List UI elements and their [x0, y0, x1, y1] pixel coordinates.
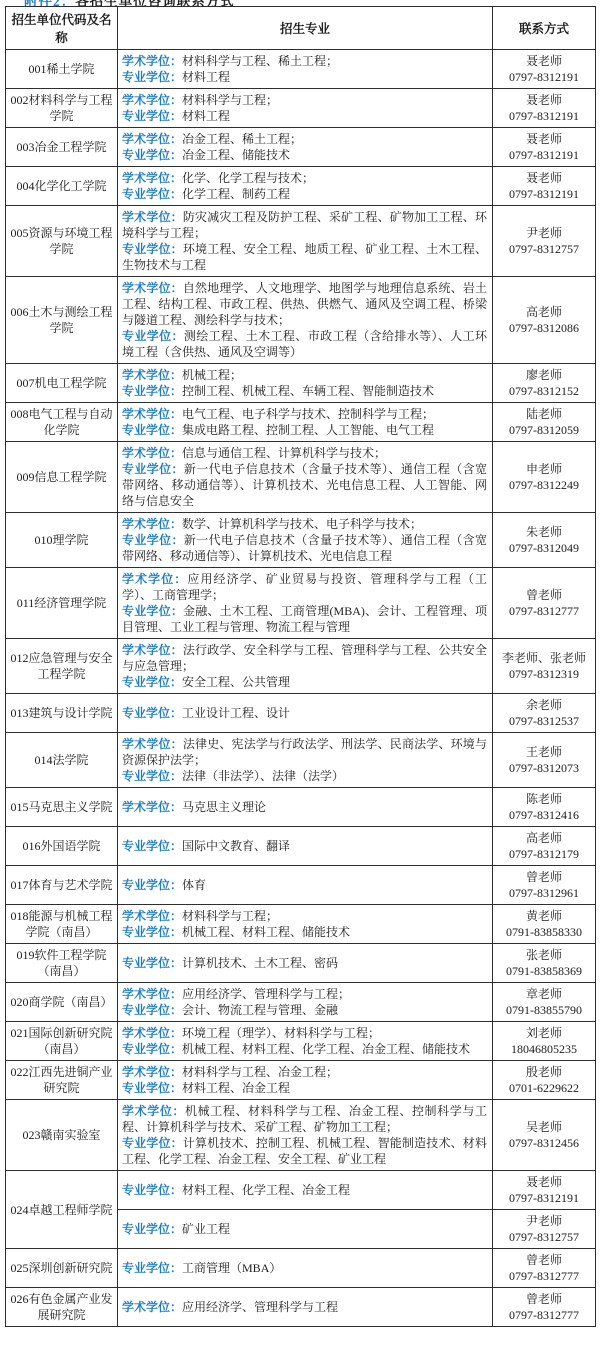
major-line: 学术学位：机械工程； — [122, 367, 487, 383]
majors-cell: 学术学位：化学、化学工程与技术；专业学位：化学工程、制药工程 — [118, 167, 493, 206]
degree-label: 专业学位： — [122, 675, 182, 689]
major-text: 冶金工程、稀土工程； — [182, 132, 302, 146]
degree-label: 学术学位： — [122, 407, 182, 421]
degree-label: 专业学位： — [122, 839, 182, 853]
contact-teacher: 聂老师 — [494, 92, 594, 108]
major-line: 学术学位：机械工程、材料科学与工程、冶金工程、控制科学与工程、计算机科学与技术、… — [122, 1103, 487, 1135]
contact-cell: 章老师0791-83855790 — [493, 983, 596, 1022]
major-line: 专业学位：法律（非法学）、法律（法学） — [122, 768, 487, 784]
degree-label: 学术学位： — [122, 446, 182, 460]
majors-cell: 学术学位：法律史、宪法学与行政法学、刑法学、民商法学、环境与资源保护法学；专业学… — [118, 733, 493, 788]
degree-label: 专业学位： — [122, 384, 182, 398]
unit-cell: 018能源与机械工程学院（南昌） — [6, 905, 118, 944]
majors-cell: 学术学位：应用经济学、管理科学与工程 — [118, 1288, 493, 1327]
major-line: 专业学位：机械工程、材料工程、储能技术 — [122, 924, 487, 940]
contact-teacher: 王老师 — [494, 744, 594, 760]
title-rest: 各招生单位咨询联系方式 — [75, 0, 235, 6]
majors-cell: 学术学位：数学、计算机科学与技术、电子科学与技术；专业学位：新一代电子信息技术（… — [118, 513, 493, 568]
contact-cell: 陆老师0797-8312059 — [493, 403, 596, 442]
unit-cell: 013建筑与设计学院 — [6, 694, 118, 733]
contact-cell: 曾老师0797-8312777 — [493, 1249, 596, 1288]
unit-cell: 020商学院（南昌） — [6, 983, 118, 1022]
degree-label: 专业学位： — [122, 462, 184, 476]
contact-teacher: 余老师 — [494, 697, 594, 713]
table-row: 026有色金属产业发展研究院学术学位：应用经济学、管理科学与工程曾老师0797-… — [6, 1288, 596, 1327]
table-row: 024卓越工程师学院专业学位：材料工程、化学工程、冶金工程聂老师0797-831… — [6, 1171, 596, 1210]
contact-cell: 申老师0797-8312249 — [493, 442, 596, 513]
major-line: 专业学位：会计、物流工程与管理、金融 — [122, 1002, 487, 1018]
contact-cell: 聂老师0797-8312191 — [493, 167, 596, 206]
majors-cell: 专业学位：国际中文教育、翻译 — [118, 827, 493, 866]
contact-phone: 0797-8312191 — [494, 186, 594, 202]
major-text: 材料工程、冶金工程 — [182, 1081, 290, 1095]
majors-cell: 专业学位：工商管理（MBA） — [118, 1249, 493, 1288]
contact-phone: 18046805235 — [494, 1041, 594, 1057]
table-row: 020商学院（南昌）学术学位：应用经济学、管理科学与工程；专业学位：会计、物流工… — [6, 983, 596, 1022]
contact-phone: 0797-8312191 — [494, 1190, 594, 1206]
contact-phone: 0797-8312777 — [494, 603, 594, 619]
unit-cell: 019软件工程学院（南昌） — [6, 944, 118, 983]
major-line: 学术学位：自然地理学、人文地理学、地图学与地理信息系统、岩土工程、结构工程、市政… — [122, 280, 487, 328]
major-line: 学术学位：防灾减灾工程及防护工程、采矿工程、矿物加工工程、环境科学与工程； — [122, 209, 487, 241]
contact-teacher: 尹老师 — [494, 225, 594, 241]
table-row: 018能源与机械工程学院（南昌）学术学位：材料科学与工程；专业学位：机械工程、材… — [6, 905, 596, 944]
degree-label: 专业学位： — [122, 148, 182, 162]
major-line: 专业学位：材料工程 — [122, 108, 487, 124]
major-line: 专业学位：国际中文教育、翻译 — [122, 838, 487, 854]
contact-teacher: 殷老师 — [494, 1064, 594, 1080]
degree-label: 学术学位： — [122, 1026, 182, 1040]
major-line: 学术学位：法律史、宪法学与行政法学、刑法学、民商法学、环境与资源保护法学； — [122, 736, 487, 768]
contact-cell: 张老师0791-83858369 — [493, 944, 596, 983]
degree-label: 专业学位： — [122, 70, 182, 84]
table-row: 014法学院学术学位：法律史、宪法学与行政法学、刑法学、民商法学、环境与资源保护… — [6, 733, 596, 788]
degree-label: 学术学位： — [122, 171, 182, 185]
major-line: 学术学位：应用经济学、管理科学与工程； — [122, 986, 487, 1002]
major-line: 学术学位：信息与通信工程、计算机科学与技术； — [122, 445, 487, 461]
contact-phone: 0797-8312059 — [494, 422, 594, 438]
table-row: 025深圳创新研究院专业学位：工商管理（MBA）曾老师0797-8312777 — [6, 1249, 596, 1288]
majors-cell: 学术学位：环境工程（理学）、材料科学与工程；专业学位：机械工程、材料工程、化学工… — [118, 1022, 493, 1061]
unit-cell: 024卓越工程师学院 — [6, 1171, 118, 1249]
contact-cell: 殷老师0701-6229622 — [493, 1061, 596, 1100]
col-header-contact: 联系方式 — [493, 7, 596, 50]
major-text: 法律（非法学）、法律（法学） — [182, 769, 344, 783]
table-row: 021国际创新研究院（南昌）学术学位：环境工程（理学）、材料科学与工程；专业学位… — [6, 1022, 596, 1061]
unit-cell: 010理学院 — [6, 513, 118, 568]
contact-phone: 0701-6229622 — [494, 1080, 594, 1096]
contact-phone: 0797-8312319 — [494, 666, 594, 682]
contact-phone: 0797-8312416 — [494, 807, 594, 823]
contact-phone: 0797-8312086 — [494, 320, 594, 336]
majors-cell: 学术学位：材料科学与工程、稀土工程；专业学位：材料工程 — [118, 50, 493, 89]
majors-cell: 专业学位：体育 — [118, 866, 493, 905]
table-row: 007机电工程学院学术学位：机械工程；专业学位：控制工程、机械工程、车辆工程、智… — [6, 364, 596, 403]
table-row: 009信息工程学院学术学位：信息与通信工程、计算机科学与技术；专业学位：新一代电… — [6, 442, 596, 513]
contact-teacher: 刘老师 — [494, 1025, 594, 1041]
major-line: 学术学位：电气工程、电子科学与技术、控制科学与工程； — [122, 406, 487, 422]
table-row: 013建筑与设计学院专业学位：工业设计工程、设计余老师0797-8312537 — [6, 694, 596, 733]
major-text: 矿业工程 — [182, 1222, 230, 1236]
admissions-table: 招生单位代码及名称 招生专业 联系方式 001稀土学院学术学位：材料科学与工程、… — [5, 6, 596, 1327]
table-row: 011经济管理学院学术学位：应用经济学、矿业贸易与投资、管理科学与工程（工学）、… — [6, 568, 596, 639]
table-row: 003冶金工程学院学术学位：冶金工程、稀土工程；专业学位：冶金工程、储能技术聂老… — [6, 128, 596, 167]
degree-label: 学术学位： — [122, 572, 187, 586]
majors-cell: 专业学位：工业设计工程、设计 — [118, 694, 493, 733]
degree-label: 学术学位： — [122, 643, 183, 657]
contact-phone: 0797-8312537 — [494, 713, 594, 729]
contact-cell: 曾老师0797-8312777 — [493, 568, 596, 639]
table-row: 005资源与环境工程学院学术学位：防灾减灾工程及防护工程、采矿工程、矿物加工工程… — [6, 206, 596, 277]
major-text: 计算机技术、土木工程、密码 — [182, 956, 338, 970]
unit-cell: 012应急管理与安全工程学院 — [6, 639, 118, 694]
major-text: 机械工程、材料工程、储能技术 — [182, 925, 350, 939]
unit-cell: 021国际创新研究院（南昌） — [6, 1022, 118, 1061]
majors-cell: 学术学位：机械工程、材料科学与工程、冶金工程、控制科学与工程、计算机科学与技术、… — [118, 1100, 493, 1171]
contact-teacher: 高老师 — [494, 304, 594, 320]
major-line: 学术学位：材料科学与工程、稀土工程； — [122, 53, 487, 69]
contact-teacher: 吴老师 — [494, 1119, 594, 1135]
major-line: 专业学位：机械工程、材料工程、化学工程、冶金工程、储能技术 — [122, 1041, 487, 1057]
contact-teacher: 曾老师 — [494, 1252, 594, 1268]
contact-teacher: 聂老师 — [494, 131, 594, 147]
contact-teacher: 聂老师 — [494, 53, 594, 69]
majors-cell: 学术学位：防灾减灾工程及防护工程、采矿工程、矿物加工工程、环境科学与工程；专业学… — [118, 206, 493, 277]
degree-label: 专业学位： — [122, 1183, 182, 1197]
contact-cell: 朱老师0797-8312049 — [493, 513, 596, 568]
contact-teacher: 曾老师 — [494, 1291, 594, 1307]
majors-cell: 学术学位：信息与通信工程、计算机科学与技术；专业学位：新一代电子信息技术（含量子… — [118, 442, 493, 513]
major-line: 专业学位：控制工程、机械工程、车辆工程、智能制造技术 — [122, 383, 487, 399]
table-row: 015马克思主义学院学术学位：马克思主义理论陈老师0797-8312416 — [6, 788, 596, 827]
major-line: 专业学位：新一代电子信息技术（含量子技术等）、通信工程（含宽带网络、移动通信等）… — [122, 461, 487, 509]
degree-label: 学术学位： — [122, 1300, 182, 1314]
major-line: 学术学位：材料科学与工程； — [122, 92, 487, 108]
degree-label: 学术学位： — [122, 368, 182, 382]
col-header-majors: 招生专业 — [118, 7, 493, 50]
majors-cell: 学术学位：材料科学与工程、冶金工程；专业学位：材料工程、冶金工程 — [118, 1061, 493, 1100]
major-line: 学术学位：数学、计算机科学与技术、电子科学与技术； — [122, 516, 487, 532]
major-text: 数学、计算机科学与技术、电子科学与技术； — [182, 517, 422, 531]
contact-cell: 尹老师0797-8312757 — [493, 1210, 596, 1249]
contact-cell: 曾老师0797-8312961 — [493, 866, 596, 905]
major-line: 专业学位：工商管理（MBA） — [122, 1260, 487, 1276]
major-text: 材料科学与工程、冶金工程； — [182, 1065, 338, 1079]
contact-teacher: 廖老师 — [494, 367, 594, 383]
contact-cell: 吴老师0797-8312456 — [493, 1100, 596, 1171]
degree-label: 学术学位： — [122, 517, 182, 531]
major-line: 专业学位：新一代电子信息技术（含量子技术等）、通信工程（含宽带网络、移动通信等）… — [122, 532, 487, 564]
major-text: 材料科学与工程； — [182, 93, 278, 107]
major-line: 专业学位：工业设计工程、设计 — [122, 705, 487, 721]
majors-cell: 学术学位：材料科学与工程；专业学位：机械工程、材料工程、储能技术 — [118, 905, 493, 944]
contact-teacher: 尹老师 — [494, 1213, 594, 1229]
contact-phone: 0797-8312777 — [494, 1268, 594, 1284]
contact-phone: 0797-8312049 — [494, 540, 594, 556]
contact-phone: 0797-8312249 — [494, 477, 594, 493]
major-line: 专业学位：材料工程、化学工程、冶金工程 — [122, 1182, 487, 1198]
major-text: 冶金工程、储能技术 — [182, 148, 290, 162]
major-line: 专业学位：材料工程、冶金工程 — [122, 1080, 487, 1096]
degree-label: 专业学位： — [122, 925, 182, 939]
majors-cell: 学术学位：机械工程；专业学位：控制工程、机械工程、车辆工程、智能制造技术 — [118, 364, 493, 403]
table-row: 004化学化工学院学术学位：化学、化学工程与技术；专业学位：化学工程、制药工程聂… — [6, 167, 596, 206]
major-line: 学术学位：应用经济学、管理科学与工程 — [122, 1299, 487, 1315]
major-line: 专业学位：冶金工程、储能技术 — [122, 147, 487, 163]
unit-cell: 005资源与环境工程学院 — [6, 206, 118, 277]
contact-cell: 高老师0797-8312179 — [493, 827, 596, 866]
majors-cell: 专业学位：计算机技术、土木工程、密码 — [118, 944, 493, 983]
degree-label: 学术学位： — [122, 800, 182, 814]
majors-cell: 学术学位：材料科学与工程；专业学位：材料工程 — [118, 89, 493, 128]
degree-label: 学术学位： — [122, 132, 182, 146]
contact-teacher: 章老师 — [494, 986, 594, 1002]
degree-label: 学术学位： — [122, 909, 182, 923]
contact-phone: 0797-8312152 — [494, 383, 594, 399]
major-text: 信息与通信工程、计算机科学与技术； — [182, 446, 386, 460]
major-text: 工业设计工程、设计 — [182, 706, 290, 720]
contact-phone: 0797-8312456 — [494, 1135, 594, 1151]
table-row: 022江西先进铜产业研究院学术学位：材料科学与工程、冶金工程；专业学位：材料工程… — [6, 1061, 596, 1100]
major-text: 应用经济学、管理科学与工程； — [182, 987, 350, 1001]
major-line: 学术学位：法行政学、安全科学与工程、管理科学与工程、公共安全与应急管理； — [122, 642, 487, 674]
contact-teacher: 聂老师 — [494, 170, 594, 186]
unit-cell: 001稀土学院 — [6, 50, 118, 89]
major-line: 学术学位：冶金工程、稀土工程； — [122, 131, 487, 147]
unit-cell: 008电气工程与自动化学院 — [6, 403, 118, 442]
major-line: 学术学位：应用经济学、矿业贸易与投资、管理科学与工程（工学）、工商管理学； — [122, 571, 487, 603]
unit-cell: 002材料科学与工程学院 — [6, 89, 118, 128]
degree-label: 专业学位： — [122, 769, 182, 783]
header-row: 招生单位代码及名称 招生专业 联系方式 — [6, 7, 596, 50]
majors-cell: 专业学位：材料工程、化学工程、冶金工程 — [118, 1171, 493, 1210]
table-header: 招生单位代码及名称 招生专业 联系方式 — [6, 7, 596, 50]
degree-label: 学术学位： — [122, 1104, 185, 1118]
major-text: 材料工程 — [182, 109, 230, 123]
contact-cell: 李老师、张老师0797-8312319 — [493, 639, 596, 694]
degree-label: 专业学位： — [122, 329, 184, 343]
degree-label: 专业学位： — [122, 1003, 182, 1017]
major-line: 专业学位：环境工程、安全工程、地质工程、矿业工程、土木工程、生物技术与工程 — [122, 241, 487, 273]
major-text: 材料科学与工程； — [182, 909, 278, 923]
major-text: 安全工程、公共管理 — [182, 675, 290, 689]
contact-phone: 0797-8312191 — [494, 69, 594, 85]
contact-teacher: 陆老师 — [494, 406, 594, 422]
table-row: 010理学院学术学位：数学、计算机科学与技术、电子科学与技术；专业学位：新一代电… — [6, 513, 596, 568]
major-line: 学术学位：马克思主义理论 — [122, 799, 487, 815]
major-text: 体育 — [182, 878, 206, 892]
degree-label: 专业学位： — [122, 878, 182, 892]
majors-cell: 专业学位：矿业工程 — [118, 1210, 493, 1249]
degree-label: 学术学位： — [122, 737, 183, 751]
contact-teacher: 张老师 — [494, 947, 594, 963]
contact-phone: 0791-83855790 — [494, 1002, 594, 1018]
unit-cell: 006土木与测绘工程学院 — [6, 277, 118, 364]
table-row: 016外国语学院专业学位：国际中文教育、翻译高老师0797-8312179 — [6, 827, 596, 866]
major-text: 控制工程、机械工程、车辆工程、智能制造技术 — [182, 384, 434, 398]
major-text: 集成电路工程、控制工程、人工智能、电气工程 — [182, 423, 434, 437]
contact-phone: 0797-8312073 — [494, 760, 594, 776]
degree-label: 专业学位： — [122, 1136, 183, 1150]
majors-cell: 学术学位：法行政学、安全科学与工程、管理科学与工程、公共安全与应急管理；专业学位… — [118, 639, 493, 694]
contact-teacher: 曾老师 — [494, 869, 594, 885]
degree-label: 专业学位： — [122, 1042, 182, 1056]
degree-label: 专业学位： — [122, 1261, 182, 1275]
major-line: 专业学位：矿业工程 — [122, 1221, 487, 1237]
table-row: 012应急管理与安全工程学院学术学位：法行政学、安全科学与工程、管理科学与工程、… — [6, 639, 596, 694]
contact-phone: 0797-8312757 — [494, 1229, 594, 1245]
degree-label: 专业学位： — [122, 956, 182, 970]
major-text: 材料工程 — [182, 70, 230, 84]
table-row: 017体育与艺术学院专业学位：体育曾老师0797-8312961 — [6, 866, 596, 905]
unit-cell: 025深圳创新研究院 — [6, 1249, 118, 1288]
contact-teacher: 朱老师 — [494, 524, 594, 540]
contact-cell: 聂老师0797-8312191 — [493, 50, 596, 89]
degree-label: 专业学位： — [122, 1081, 182, 1095]
unit-cell: 003冶金工程学院 — [6, 128, 118, 167]
table-row: 023赣南实验室学术学位：机械工程、材料科学与工程、冶金工程、控制科学与工程、计… — [6, 1100, 596, 1171]
major-text: 国际中文教育、翻译 — [182, 839, 290, 853]
table-row: 019软件工程学院（南昌）专业学位：计算机技术、土木工程、密码张老师0791-8… — [6, 944, 596, 983]
unit-cell: 009信息工程学院 — [6, 442, 118, 513]
major-line: 专业学位：集成电路工程、控制工程、人工智能、电气工程 — [122, 422, 487, 438]
major-line: 学术学位：材料科学与工程； — [122, 908, 487, 924]
degree-label: 学术学位： — [122, 1065, 182, 1079]
majors-cell: 学术学位：应用经济学、管理科学与工程；专业学位：会计、物流工程与管理、金融 — [118, 983, 493, 1022]
major-text: 机械工程、材料工程、化学工程、冶金工程、储能技术 — [182, 1042, 470, 1056]
major-line: 学术学位：化学、化学工程与技术； — [122, 170, 487, 186]
contact-cell: 聂老师0797-8312191 — [493, 89, 596, 128]
contact-teacher: 聂老师 — [494, 1174, 594, 1190]
table-row: 008电气工程与自动化学院学术学位：电气工程、电子科学与技术、控制科学与工程；专… — [6, 403, 596, 442]
contact-cell: 聂老师0797-8312191 — [493, 128, 596, 167]
major-text: 会计、物流工程与管理、金融 — [182, 1003, 338, 1017]
major-line: 专业学位：材料工程 — [122, 69, 487, 85]
contact-cell: 曾老师0797-8312777 — [493, 1288, 596, 1327]
majors-cell: 学术学位：冶金工程、稀土工程；专业学位：冶金工程、储能技术 — [118, 128, 493, 167]
table-row: 001稀土学院学术学位：材料科学与工程、稀土工程；专业学位：材料工程聂老师079… — [6, 50, 596, 89]
majors-cell: 学术学位：马克思主义理论 — [118, 788, 493, 827]
degree-label: 专业学位： — [122, 604, 183, 618]
degree-label: 学术学位： — [122, 281, 183, 295]
major-text: 材料工程、化学工程、冶金工程 — [182, 1183, 350, 1197]
major-text: 电气工程、电子科学与技术、控制科学与工程； — [182, 407, 434, 421]
contact-teacher: 申老师 — [494, 461, 594, 477]
degree-label: 专业学位： — [122, 423, 182, 437]
contact-cell: 陈老师0797-8312416 — [493, 788, 596, 827]
contact-phone: 0797-8312757 — [494, 241, 594, 257]
degree-label: 专业学位： — [122, 1222, 182, 1236]
contact-teacher: 曾老师 — [494, 587, 594, 603]
major-line: 学术学位：环境工程（理学）、材料科学与工程； — [122, 1025, 487, 1041]
degree-label: 学术学位： — [122, 54, 182, 68]
contact-phone: 0797-8312191 — [494, 108, 594, 124]
major-line: 专业学位：安全工程、公共管理 — [122, 674, 487, 690]
table-row: 006土木与测绘工程学院学术学位：自然地理学、人文地理学、地图学与地理信息系统、… — [6, 277, 596, 364]
degree-label: 专业学位： — [122, 109, 182, 123]
major-text: 环境工程（理学）、材料科学与工程； — [182, 1026, 380, 1040]
page-title-text: 附件2：各招生单位咨询联系方式 — [24, 0, 235, 6]
contact-cell: 王老师0797-8312073 — [493, 733, 596, 788]
unit-cell: 007机电工程学院 — [6, 364, 118, 403]
major-line: 专业学位：化学工程、制药工程 — [122, 186, 487, 202]
major-line: 学术学位：材料科学与工程、冶金工程； — [122, 1064, 487, 1080]
degree-label: 专业学位： — [122, 706, 182, 720]
unit-cell: 026有色金属产业发展研究院 — [6, 1288, 118, 1327]
contact-phone: 0797-8312961 — [494, 885, 594, 901]
major-line: 专业学位：金融、土木工程、工商管理(MBA)、会计、工程管理、项目管理、工业工程… — [122, 603, 487, 635]
title-attachment-label: 附件2： — [24, 0, 75, 6]
majors-cell: 学术学位：自然地理学、人文地理学、地图学与地理信息系统、岩土工程、结构工程、市政… — [118, 277, 493, 364]
unit-cell: 023赣南实验室 — [6, 1100, 118, 1171]
major-text: 化学工程、制药工程 — [182, 187, 290, 201]
contact-phone: 0797-8312777 — [494, 1307, 594, 1323]
contact-cell: 余老师0797-8312537 — [493, 694, 596, 733]
contact-teacher: 黄老师 — [494, 908, 594, 924]
contact-cell: 黄老师0791-83858330 — [493, 905, 596, 944]
contact-cell: 聂老师0797-8312191 — [493, 1171, 596, 1210]
unit-cell: 017体育与艺术学院 — [6, 866, 118, 905]
unit-cell: 016外国语学院 — [6, 827, 118, 866]
table-body: 001稀土学院学术学位：材料科学与工程、稀土工程；专业学位：材料工程聂老师079… — [6, 50, 596, 1327]
unit-cell: 014法学院 — [6, 733, 118, 788]
major-text: 化学、化学工程与技术； — [182, 171, 314, 185]
major-text: 材料科学与工程、稀土工程； — [182, 54, 338, 68]
degree-label: 专业学位： — [122, 187, 182, 201]
unit-cell: 015马克思主义学院 — [6, 788, 118, 827]
contact-cell: 刘老师18046805235 — [493, 1022, 596, 1061]
contact-teacher: 李老师、张老师 — [494, 650, 594, 666]
contact-cell: 高老师0797-8312086 — [493, 277, 596, 364]
degree-label: 学术学位： — [122, 93, 182, 107]
majors-cell: 学术学位：应用经济学、矿业贸易与投资、管理科学与工程（工学）、工商管理学；专业学… — [118, 568, 493, 639]
contact-teacher: 陈老师 — [494, 791, 594, 807]
major-text: 应用经济学、管理科学与工程 — [182, 1300, 338, 1314]
major-line: 专业学位：计算机技术、控制工程、机械工程、智能制造技术、材料工程、化学工程、冶金… — [122, 1135, 487, 1167]
contact-cell: 廖老师0797-8312152 — [493, 364, 596, 403]
contact-teacher: 高老师 — [494, 830, 594, 846]
degree-label: 专业学位： — [122, 533, 184, 547]
unit-cell: 004化学化工学院 — [6, 167, 118, 206]
degree-label: 专业学位： — [122, 242, 183, 256]
degree-label: 学术学位： — [122, 987, 182, 1001]
major-line: 专业学位：体育 — [122, 877, 487, 893]
contact-phone: 0797-8312191 — [494, 147, 594, 163]
contact-phone: 0791-83858330 — [494, 924, 594, 940]
unit-cell: 011经济管理学院 — [6, 568, 118, 639]
col-header-unit: 招生单位代码及名称 — [6, 7, 118, 50]
table-row: 002材料科学与工程学院学术学位：材料科学与工程；专业学位：材料工程聂老师079… — [6, 89, 596, 128]
contact-phone: 0791-83858369 — [494, 963, 594, 979]
major-text: 工商管理（MBA） — [182, 1261, 281, 1275]
contact-cell: 尹老师0797-8312757 — [493, 206, 596, 277]
major-text: 马克思主义理论 — [182, 800, 266, 814]
major-line: 专业学位：测绘工程、土木工程、市政工程（含给排水等）、人工环境工程（含供热、通风… — [122, 328, 487, 360]
major-text: 机械工程； — [182, 368, 242, 382]
major-line: 专业学位：计算机技术、土木工程、密码 — [122, 955, 487, 971]
degree-label: 学术学位： — [122, 210, 183, 224]
unit-cell: 022江西先进铜产业研究院 — [6, 1061, 118, 1100]
contact-phone: 0797-8312179 — [494, 846, 594, 862]
majors-cell: 学术学位：电气工程、电子科学与技术、控制科学与工程；专业学位：集成电路工程、控制… — [118, 403, 493, 442]
